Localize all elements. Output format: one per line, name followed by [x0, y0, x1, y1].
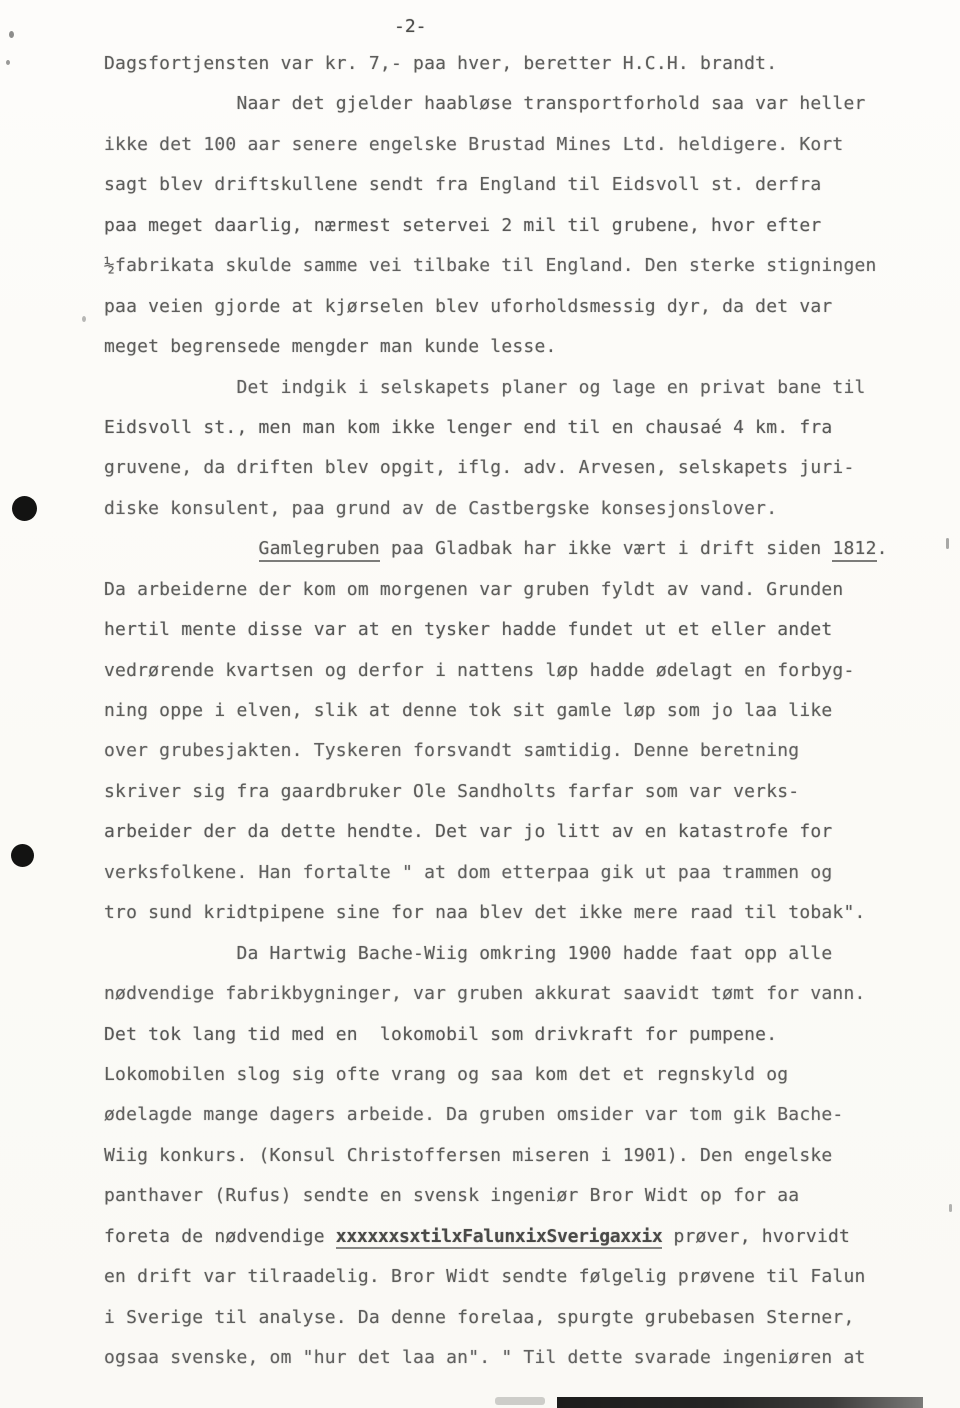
scan-speck [949, 1204, 952, 1212]
text-line: Lokomobilen slog sig ofte vrang og saa k… [104, 1061, 924, 1101]
text-line: panthaver (Rufus) sendte en svensk ingen… [104, 1182, 924, 1222]
scan-artifact-bar [557, 1397, 923, 1408]
typed-over-strikeout: xxxxxxsxtilxFalunxixSverigaxxix [336, 1226, 663, 1249]
text-line: sagt blev driftskullene sendt fra Englan… [104, 171, 924, 211]
text-line: Det tok lang tid med en lokomobil som dr… [104, 1021, 924, 1061]
text-line: arbeider der da dette hendte. Det var jo… [104, 818, 924, 858]
text-line: tro sund kridtpipene sine for naa blev d… [104, 899, 924, 939]
text-line: gruvene, da driften blev opgit, iflg. ad… [104, 454, 924, 494]
text-line: paa veien gjorde at kjørselen blev uforh… [104, 293, 924, 333]
underlined-text: 1812 [832, 538, 876, 562]
scan-speck [946, 538, 949, 549]
text-line: foreta de nødvendige xxxxxxsxtilxFalunxi… [104, 1223, 924, 1263]
text-line: diske konsulent, paa grund av de Castber… [104, 495, 924, 535]
text-line: Gamlegruben paa Gladbak har ikke vært i … [104, 535, 924, 575]
underlined-text: Gamlegruben [259, 538, 380, 562]
document-lines: Dagsfortjensten var kr. 7,- paa hver, be… [104, 50, 924, 1384]
scanned-document-page: -2- Dagsfortjensten var kr. 7,- paa hver… [0, 0, 960, 1408]
text-line: over grubesjakten. Tyskeren forsvandt sa… [104, 737, 924, 777]
scan-speck [9, 31, 14, 38]
text-line: paa meget daarlig, nærmest setervei 2 mi… [104, 212, 924, 252]
text-line: ikke det 100 aar senere engelske Brustad… [104, 131, 924, 171]
scan-speck [6, 60, 10, 65]
scan-speck [82, 316, 86, 322]
text-line: Dagsfortjensten var kr. 7,- paa hver, be… [104, 50, 924, 90]
text-line: skriver sig fra gaardbruker Ole Sandholt… [104, 778, 924, 818]
text-line: vedrørende kvartsen og derfor i nattens … [104, 657, 924, 697]
scan-smudge [495, 1397, 545, 1405]
text-line: en drift var tilraadelig. Bror Widt send… [104, 1263, 924, 1303]
text-line: Wiig konkurs. (Konsul Christoffersen mis… [104, 1142, 924, 1182]
text-line: nødvendige fabrikbygninger, var gruben a… [104, 980, 924, 1020]
margin-dot [12, 496, 37, 521]
text-line: Det indgik i selskapets planer og lage e… [104, 374, 924, 414]
margin-dot [11, 844, 34, 867]
text-line: verksfolkene. Han fortalte " at dom ette… [104, 859, 924, 899]
text-line: ødelagde mange dagers arbeide. Da gruben… [104, 1101, 924, 1141]
text-line: hertil mente disse var at en tysker hadd… [104, 616, 924, 656]
text-line: ning oppe i elven, slik at denne tok sit… [104, 697, 924, 737]
text-line: Eidsvoll st., men man kom ikke lenger en… [104, 414, 924, 454]
page-number: -2- [394, 16, 427, 37]
text-line: i Sverige til analyse. Da denne forelaa,… [104, 1304, 924, 1344]
text-line: ½fabrikata skulde samme vei tilbake til … [104, 252, 924, 292]
text-line: ogsaa svenske, om "hur det laa an". " Ti… [104, 1344, 924, 1384]
text-line: Da arbeiderne der kom om morgenen var gr… [104, 576, 924, 616]
text-line: meget begrensede mengder man kunde lesse… [104, 333, 924, 373]
text-line: Da Hartwig Bache-Wiig omkring 1900 hadde… [104, 940, 924, 980]
text-line: Naar det gjelder haabløse transportforho… [104, 90, 924, 130]
